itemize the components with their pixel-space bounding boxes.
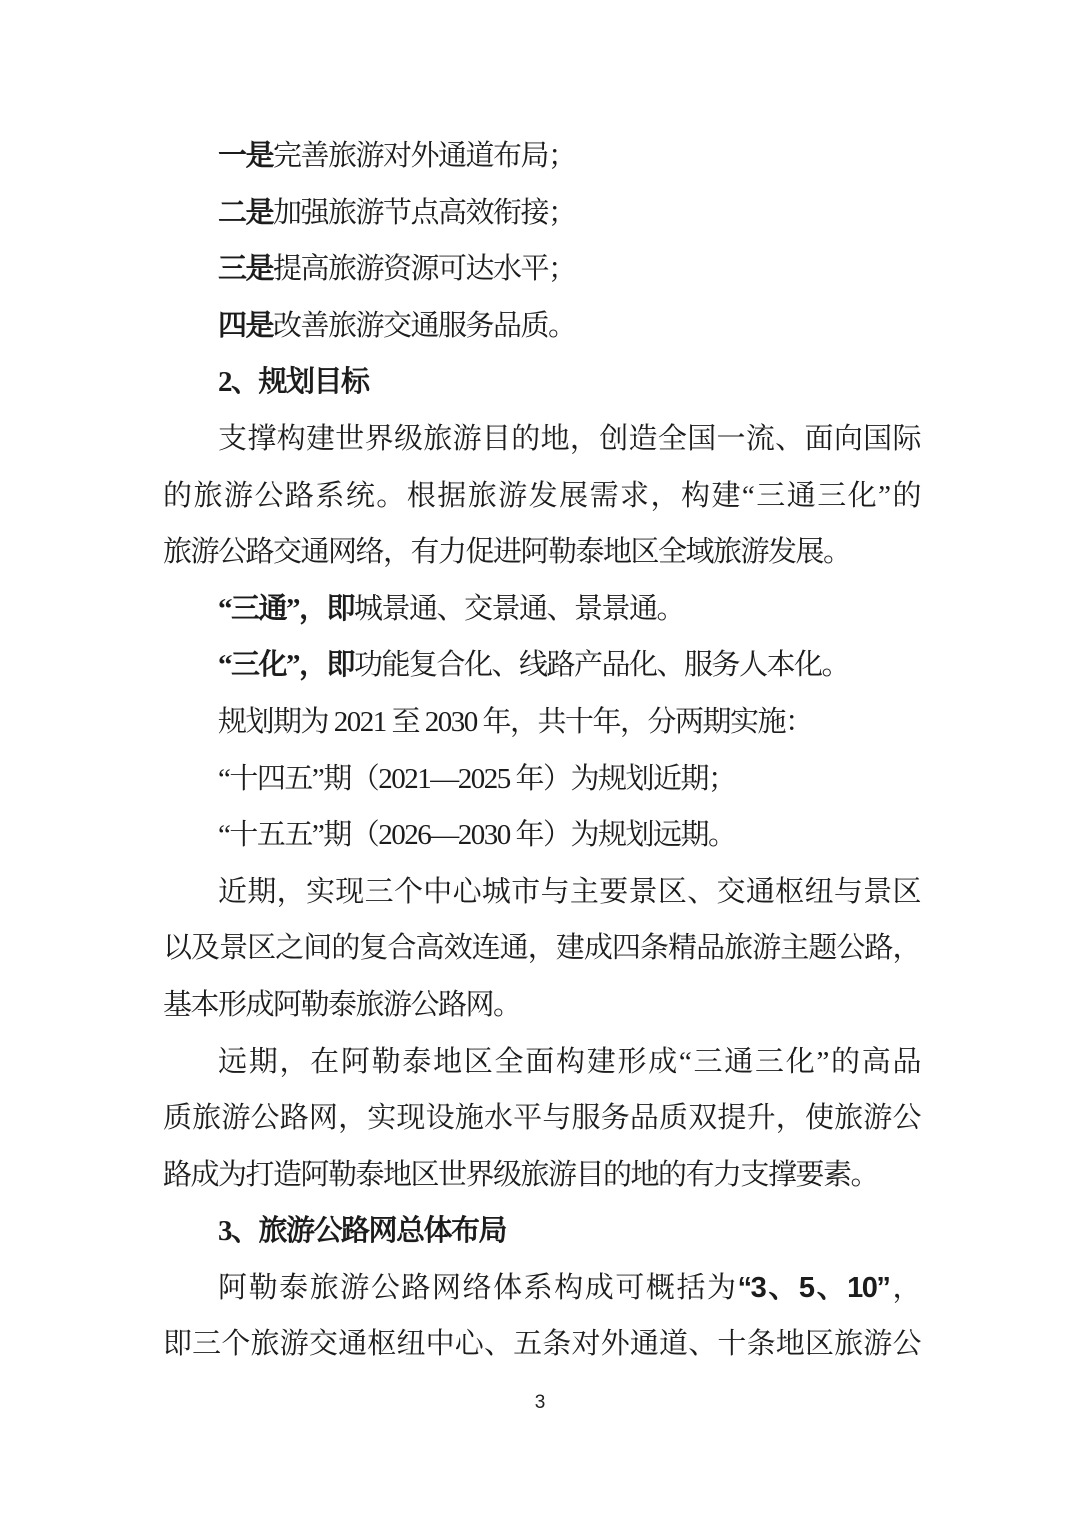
text-run: 城景通、交景通、景景通。 [354, 593, 684, 625]
text-run: 四是 [218, 310, 273, 342]
text-run: 3、旅游公路网总体布局 [218, 1215, 506, 1247]
text-run: 近期，实现三个中心城市与主要景区、交通枢纽与景区 [218, 876, 920, 908]
text-run: 基本形成阿勒泰旅游公路网。 [163, 989, 521, 1021]
text-run: 即三个旅游交通枢纽中心、五条对外通道、十条地区旅游公 [163, 1328, 920, 1360]
text-run: 旅游公路交通网络，有力促进阿勒泰地区全域旅游发展。 [163, 536, 851, 568]
text-run: “十四五”期（2021—2025 年）为规划近期； [218, 763, 736, 795]
text-line: “三通”，即城景通、交景通、景景通。 [163, 581, 920, 638]
text-run: 三是 [218, 253, 273, 285]
text-line: 四是改善旅游交通服务品质。 [163, 298, 920, 355]
text-run: 远期，在阿勒泰地区全面构建形成“三通三化”的高品 [218, 1046, 920, 1078]
text-line: 一是完善旅游对外通道布局； [163, 128, 920, 185]
text-run: “三通”，即 [218, 593, 354, 625]
text-line: 支撑构建世界级旅游目的地，创造全国一流、面向国际 [163, 411, 920, 468]
text-run: 加强旅游节点高效衔接； [273, 197, 576, 229]
text-run: 以及景区之间的复合高效连通，建成四条精品旅游主题公路， [163, 932, 920, 964]
page-number: 3 [0, 1392, 1080, 1414]
text-run: 规划期为 2021 至 2030 年，共十年，分两期实施： [218, 706, 813, 738]
text-run: 二是 [218, 197, 273, 229]
text-line: “三化”，即功能复合化、线路产品化、服务人本化。 [163, 637, 920, 694]
text-line: 的旅游公路系统。根据旅游发展需求，构建“三通三化”的 [163, 468, 920, 525]
text-line: 阿勒泰旅游公路网络体系构成可概括为“3、5、10”， [163, 1260, 920, 1317]
text-line: 规划期为 2021 至 2030 年，共十年，分两期实施： [163, 694, 920, 751]
document-page: 一是完善旅游对外通道布局；二是加强旅游节点高效衔接；三是提高旅游资源可达水平；四… [0, 0, 1080, 1528]
text-line: 路成为打造阿勒泰地区世界级旅游目的地的有力支撑要素。 [163, 1147, 920, 1204]
text-run: “3、5、10” [738, 1272, 890, 1304]
text-line: “十五五”期（2026—2030 年）为规划远期。 [163, 807, 920, 864]
section-heading: 3、旅游公路网总体布局 [163, 1203, 920, 1260]
text-run: 阿勒泰旅游公路网络体系构成可概括为 [218, 1272, 738, 1304]
text-run: 2、规划目标 [218, 366, 369, 398]
text-line: 三是提高旅游资源可达水平； [163, 241, 920, 298]
text-run: 功能复合化、线路产品化、服务人本化。 [354, 649, 849, 681]
text-run: 改善旅游交通服务品质。 [273, 310, 576, 342]
text-run: 路成为打造阿勒泰地区世界级旅游目的地的有力支撑要素。 [163, 1159, 878, 1191]
text-line: 旅游公路交通网络，有力促进阿勒泰地区全域旅游发展。 [163, 524, 920, 581]
text-run: 的旅游公路系统。根据旅游发展需求，构建“三通三化”的 [163, 480, 920, 512]
text-line: 质旅游公路网，实现设施水平与服务品质双提升，使旅游公 [163, 1090, 920, 1147]
text-line: 以及景区之间的复合高效连通，建成四条精品旅游主题公路， [163, 920, 920, 977]
text-run: “三化”，即 [218, 649, 354, 681]
text-run: 一是 [218, 140, 273, 172]
text-run: ， [889, 1272, 920, 1304]
text-line: 二是加强旅游节点高效衔接； [163, 185, 920, 242]
text-run: 支撑构建世界级旅游目的地，创造全国一流、面向国际 [218, 423, 920, 455]
section-heading: 2、规划目标 [163, 354, 920, 411]
text-line: “十四五”期（2021—2025 年）为规划近期； [163, 751, 920, 808]
text-run: “十五五”期（2026—2030 年）为规划远期。 [218, 819, 736, 851]
text-run: 质旅游公路网，实现设施水平与服务品质双提升，使旅游公 [163, 1102, 920, 1134]
document-body: 一是完善旅游对外通道布局；二是加强旅游节点高效衔接；三是提高旅游资源可达水平；四… [163, 128, 920, 1373]
text-line: 远期，在阿勒泰地区全面构建形成“三通三化”的高品 [163, 1034, 920, 1091]
text-line: 基本形成阿勒泰旅游公路网。 [163, 977, 920, 1034]
text-run: 完善旅游对外通道布局； [273, 140, 576, 172]
text-run: 提高旅游资源可达水平； [273, 253, 576, 285]
text-line: 即三个旅游交通枢纽中心、五条对外通道、十条地区旅游公 [163, 1316, 920, 1373]
text-line: 近期，实现三个中心城市与主要景区、交通枢纽与景区 [163, 864, 920, 921]
